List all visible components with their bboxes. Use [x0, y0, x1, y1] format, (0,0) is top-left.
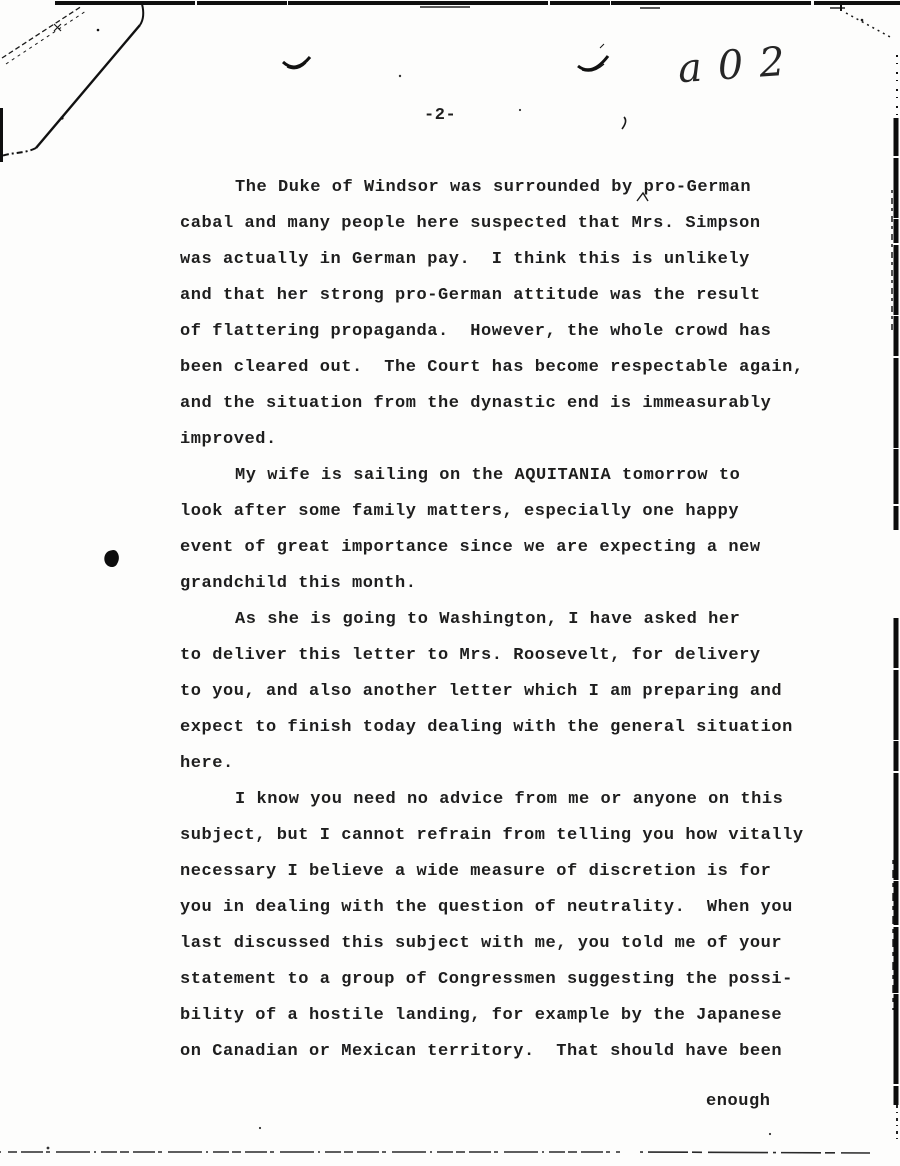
trailing-word: enough [706, 1088, 771, 1116]
text-line: to you, and also another letter which I … [180, 674, 840, 710]
text-line: and the situation from the dynastic end … [180, 386, 840, 422]
page-number: -2- [424, 104, 456, 128]
stray-comma-mark [622, 117, 626, 129]
text-line: of flattering propaganda. However, the w… [180, 314, 840, 350]
text-line: event of great importance since we are e… [180, 530, 840, 566]
text-line: here. [180, 746, 840, 782]
speck [519, 109, 521, 111]
speck [399, 75, 401, 77]
text-line: improved. [180, 422, 840, 458]
text-line: cabal and many people here suspected tha… [180, 206, 840, 242]
text-line: been cleared out. The Court has become r… [180, 350, 840, 386]
top-left-crease-lines [2, 4, 143, 156]
smudge-mark-left [283, 57, 310, 69]
text-line: to deliver this letter to Mrs. Roosevelt… [180, 638, 840, 674]
text-line: statement to a group of Congressmen sugg… [180, 962, 840, 998]
smudge-mark-right [578, 44, 608, 71]
text-line: As she is going to Washington, I have as… [180, 602, 840, 638]
text-line: was actually in German pay. I think this… [180, 242, 840, 278]
text-line: subject, but I cannot refrain from telli… [180, 818, 840, 854]
text-line: last discussed this subject with me, you… [180, 926, 840, 962]
text-line: look after some family matters, especial… [180, 494, 840, 530]
text-line: necessary I believe a wide measure of di… [180, 854, 840, 890]
text-line: expect to finish today dealing with the … [180, 710, 840, 746]
bottom-edge-dashed-line [0, 1127, 870, 1153]
handwritten-annotation: a02 [677, 38, 803, 92]
text-line: you in dealing with the question of neut… [180, 890, 840, 926]
text-line: grandchild this month. [180, 566, 840, 602]
text-line: I know you need no advice from me or any… [180, 782, 840, 818]
text-line: and that her strong pro-German attitude … [180, 278, 840, 314]
top-edge-fuzz [420, 7, 845, 8]
text-line: The Duke of Windsor was surrounded by pr… [180, 170, 840, 206]
ink-blob [104, 550, 119, 567]
right-edge-scan-band [892, 55, 897, 1144]
text-line: on Canadian or Mexican territory. That s… [180, 1034, 840, 1070]
text-line: My wife is sailing on the AQUITANIA tomo… [180, 458, 840, 494]
text-line: bility of a hostile landing, for example… [180, 998, 840, 1034]
scanned-letter-page: a02 -2- The Duke of Windsor was surround… [0, 0, 900, 1166]
top-right-dotted-crease [841, 4, 892, 38]
letter-body: The Duke of Windsor was surrounded by pr… [180, 170, 840, 1070]
